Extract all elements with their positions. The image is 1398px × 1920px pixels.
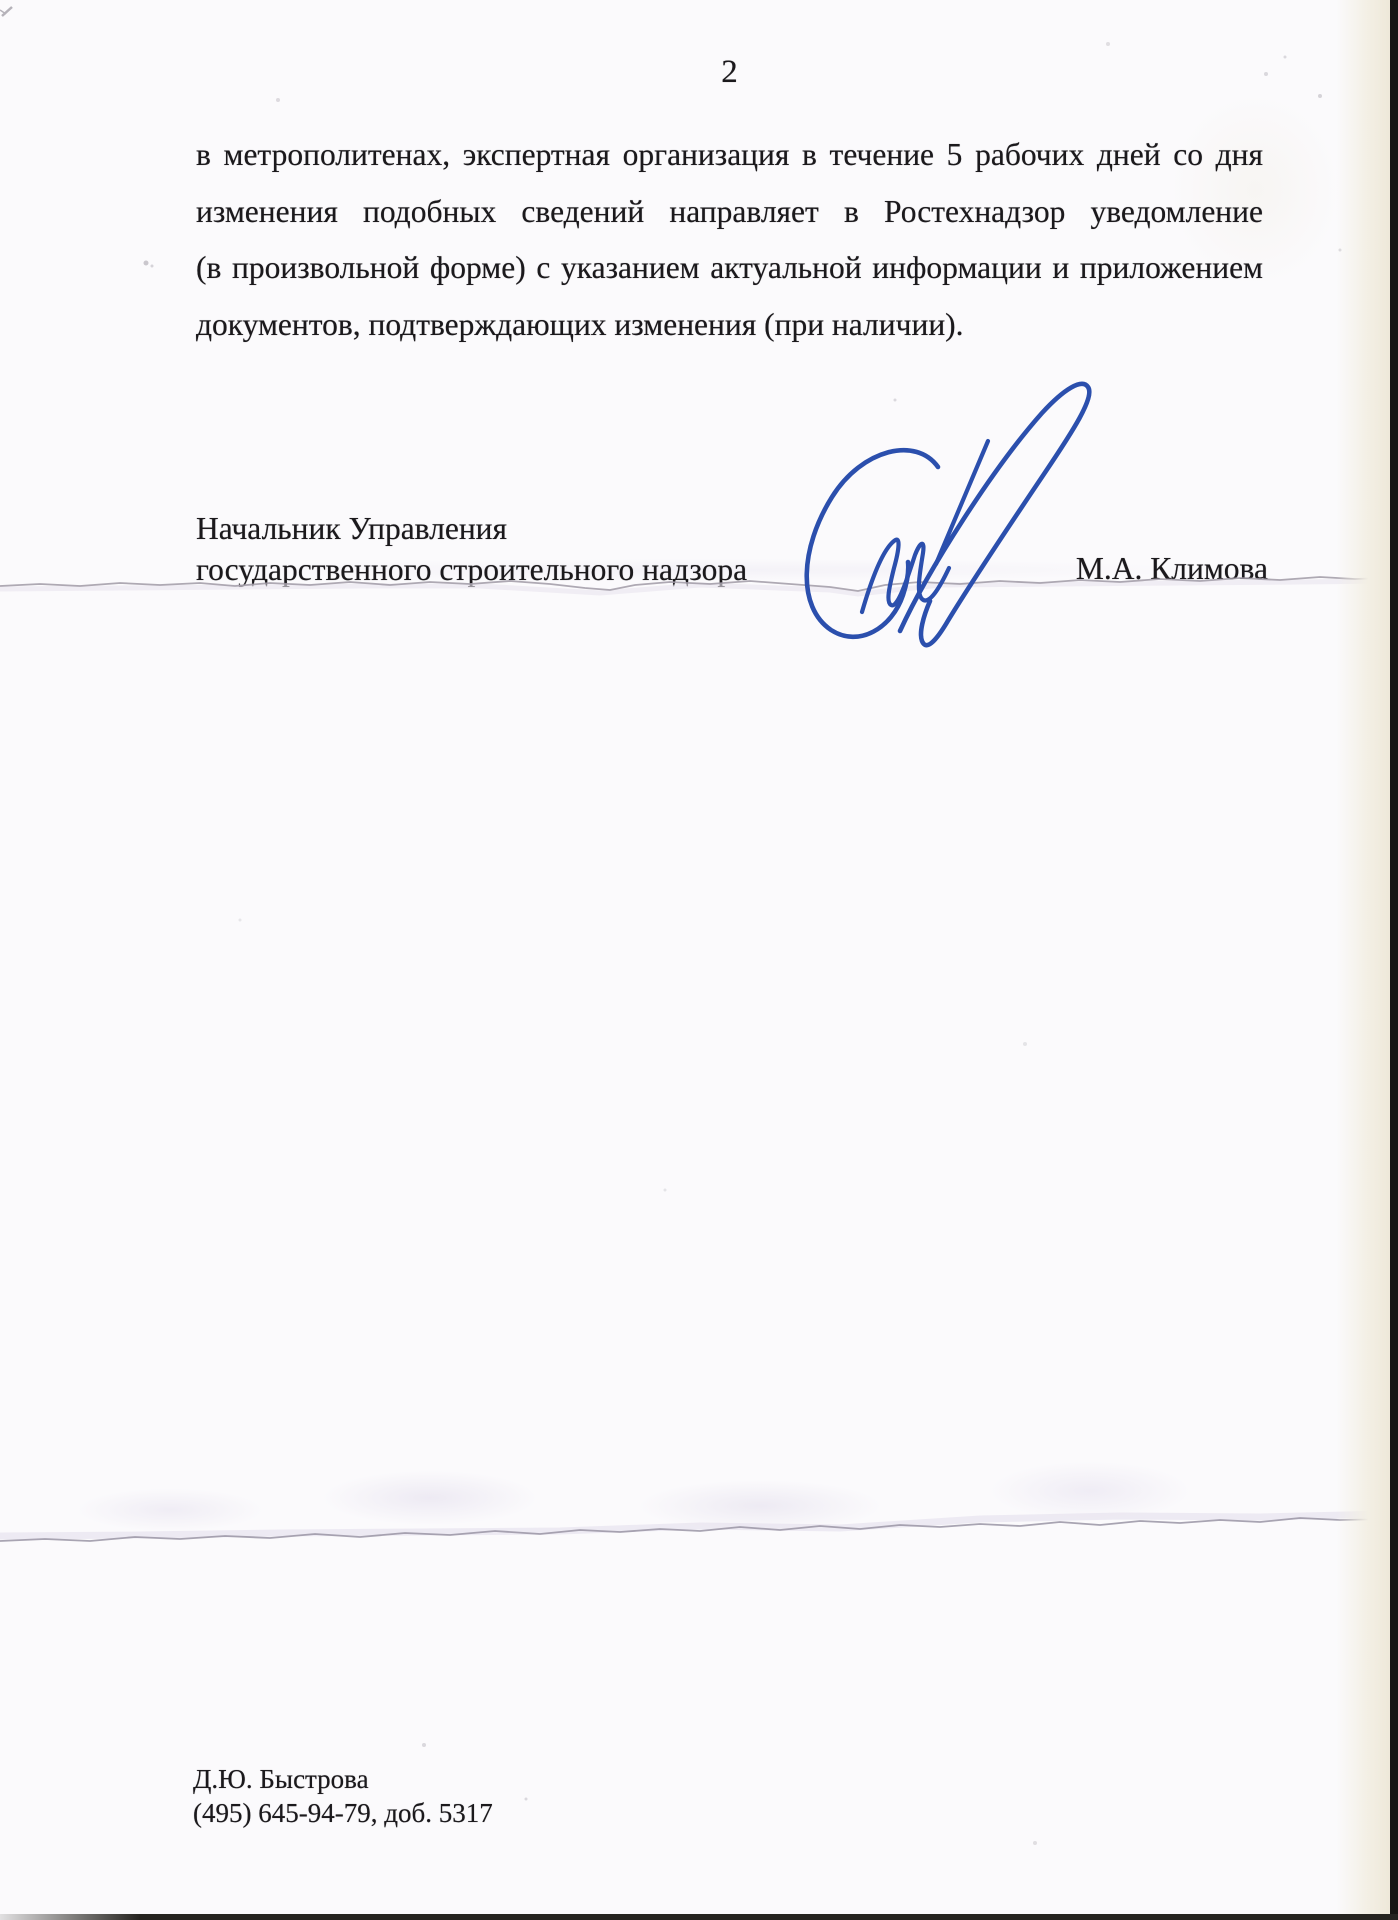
scan-tint-blotch [280, 1460, 580, 1536]
signer-name: М.А. Климова [1076, 551, 1268, 587]
scan-tint-blotch [590, 1470, 930, 1542]
signature-ink [807, 384, 1090, 645]
scanned-document-page: 2 в метрополитенах, экспертная организац… [0, 0, 1398, 1920]
scan-edge-black-right [1390, 0, 1398, 1920]
paragraph-line-1: в метрополитенах, экспертная организация… [196, 127, 1263, 184]
executor-phone: (495) 645-94-79, доб. 5317 [193, 1796, 493, 1830]
paragraph-line-2: изменения подобных сведений направляет в… [196, 184, 1263, 241]
executor-contact: Д.Ю. Быстрова (495) 645-94-79, доб. 5317 [193, 1762, 493, 1830]
scan-tint-blotch [40, 1480, 300, 1540]
corner-scan-mark [0, 7, 12, 16]
scan-tint-blotch [950, 1450, 1230, 1532]
executor-name: Д.Ю. Быстрова [193, 1762, 493, 1796]
paragraph-line-4: документов, подтверждающих изменения (пр… [196, 297, 1263, 354]
paragraph-line-3: (в произвольной форме) с указанием актуа… [196, 240, 1263, 297]
paper-crease-line-lower [0, 1514, 1390, 1541]
signer-position: Начальник Управления государственного ст… [196, 508, 747, 590]
scan-edge-cream-strip [1336, 0, 1390, 1920]
signer-position-line-2: государственного строительного надзора [196, 549, 747, 590]
body-paragraph: в метрополитенах, экспертная организация… [196, 127, 1263, 353]
signer-position-line-1: Начальник Управления [196, 508, 747, 549]
page-number: 2 [196, 54, 1263, 91]
scan-edge-black-bottom [0, 1914, 1398, 1920]
